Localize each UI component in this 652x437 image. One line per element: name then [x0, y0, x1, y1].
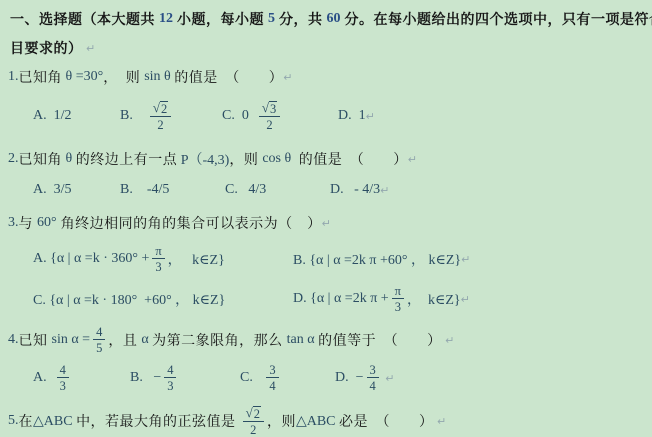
math-fraction: 43 [164, 363, 176, 393]
radicand: 2 [253, 406, 261, 421]
latin-text: θ =30° [62, 69, 103, 85]
question-4-options: A. 43 B. −43 C. 34 D. −34 ↵ [0, 356, 652, 400]
latin-text: △ABC [296, 413, 339, 430]
q1-option-c: C. 0 √32 [222, 93, 283, 139]
latin-text: 4. [8, 332, 19, 348]
number-text: 12 [159, 11, 173, 27]
paragraph-mark: ↵ [442, 334, 455, 347]
chinese-text-bold: 目要求的） [10, 38, 83, 58]
paragraph-mark: ↵ [283, 71, 292, 84]
q1-option-d: D. 1↵ [338, 93, 375, 139]
math-fraction: 34 [367, 363, 379, 393]
question-1-stem: 1.已知角 θ =30°， 则 sin θ 的值是 （ ）↵ [8, 67, 292, 87]
question-3-options-row-2: C. {α | α =k · 180° +60° ， k∈Z} D. {α | … [0, 277, 652, 321]
q2-option-d: D. - 4/3↵ [330, 179, 389, 201]
paragraph-mark: ↵ [434, 415, 447, 428]
latin-text: C. 0 [222, 108, 256, 124]
chinese-text: 的值是 （ ） [295, 149, 408, 169]
q3-option-b: B. {α | α =2k π +60° ， k∈Z}↵ [293, 237, 470, 281]
latin-text: 60° [37, 215, 57, 231]
radicand: 2 [160, 101, 168, 116]
greek-symbol: θ [62, 151, 76, 167]
radicand: 3 [269, 101, 277, 116]
math-fraction: 45 [93, 325, 105, 355]
chinese-text: 中，若最大角的正弦值是 [76, 411, 240, 431]
math-fraction: π3 [152, 244, 164, 274]
latin-text: D. - 4/3 [330, 182, 380, 198]
fraction-numerator: 4 [93, 325, 105, 340]
q1-option-a: A. 1/2 [33, 93, 72, 139]
q1-option-b: B. √22 [120, 93, 174, 139]
latin-text: 5. [8, 413, 19, 429]
chinese-text: 为第二象限角，那么 [152, 330, 287, 350]
paragraph-mark: ↵ [322, 217, 331, 230]
question-3-options-row-1: A. {α | α =k · 360° +π3， k∈Z} B. {α | α … [0, 237, 652, 281]
fraction-denominator: 3 [155, 259, 161, 274]
paragraph-mark: ↵ [461, 253, 470, 266]
chinese-text: 已知 [19, 330, 52, 350]
chinese-text: 必是 [339, 411, 368, 431]
q2-option-c: C. 4/3 [225, 179, 266, 201]
fraction-numerator: 4 [57, 363, 69, 378]
number-text: 5 [268, 11, 275, 27]
latin-text: 3. [8, 215, 19, 231]
fraction-numerator: 4 [164, 363, 176, 378]
latin-text: D. − [335, 370, 364, 386]
latin-text: C. 4/3 [225, 182, 266, 198]
math-fraction: √22 [243, 406, 264, 437]
latin-text: D. 1 [338, 108, 366, 124]
math-fraction: π3 [392, 284, 404, 314]
chinese-text: ，则 [267, 411, 296, 431]
latin-text: △ABC [33, 413, 76, 430]
latin-text: A. [33, 370, 54, 386]
chinese-text: 的值是 （ ） [174, 67, 283, 87]
chinese-text: ，则 [229, 149, 262, 169]
header-line-2: 目要求的） ↵ [10, 39, 95, 57]
latin-text: C. {α | α =k · 180° +60° ， k∈Z} [33, 289, 225, 309]
fraction-denominator: 3 [60, 378, 66, 393]
radical-sign: √ [262, 101, 269, 116]
chinese-text: 的值等于 （ ） [318, 330, 442, 350]
question-4-stem: 4.已知 sin α =45，且 α 为第二象限角，那么 tan α 的值等于 … [8, 321, 454, 359]
q2-option-a: A. 3/5 [33, 179, 72, 201]
chinese-text: 已知角 [19, 67, 63, 87]
radical-sign: √ [246, 406, 253, 421]
radical-sign: √ [153, 101, 160, 116]
math-fraction: 34 [266, 363, 278, 393]
fraction-numerator: √3 [259, 101, 280, 117]
latin-text: tan α [287, 332, 318, 348]
latin-text: ， k∈Z} [168, 249, 225, 269]
fraction-numerator: √2 [150, 101, 171, 117]
question-2-stem: 2.已知角 θ 的终边上有一点 P（-4,3)，则 cos θ 的值是 （ ）↵ [8, 149, 417, 169]
latin-text: ， k∈Z} [407, 289, 461, 309]
chinese-text-bold: 小题，每小题 [173, 9, 268, 29]
question-2-options: A. 3/5 B. -4/5 C. 4/3 D. - 4/3↵ [0, 179, 652, 201]
math-fraction: √32 [259, 101, 280, 132]
header-line-1: 一、选择题（本大题共 12 小题，每小题 5 分，共 60 分。在每小题给出的四… [10, 10, 652, 28]
chinese-text: 已知角 [19, 149, 63, 169]
q4-option-d: D. −34 ↵ [335, 356, 394, 400]
fraction-denominator: 5 [96, 340, 102, 355]
paragraph-mark: ↵ [83, 42, 96, 55]
latin-text: A. {α | α =k · 360° + [33, 251, 149, 267]
chinese-text: 角终边相同的角的集合可以表示为（ ） [57, 213, 322, 233]
latin-text: 1. [8, 69, 19, 85]
q3-option-c: C. {α | α =k · 180° +60° ， k∈Z} [33, 277, 225, 321]
chinese-text: ， 则 [103, 67, 144, 87]
question-3-stem: 3.与 60° 角终边相同的角的集合可以表示为（ ）↵ [8, 213, 331, 233]
paragraph-mark: ↵ [461, 293, 470, 306]
latin-text: B. {α | α =2k π +60° ， k∈Z} [293, 249, 461, 269]
fraction-denominator: 3 [395, 299, 401, 314]
question-1-options: A. 1/2 B. √22 C. 0 √32 D. 1↵ [0, 93, 652, 139]
chinese-text-bold: 一、选择题（本大题共 [10, 9, 159, 29]
fraction-denominator: 2 [266, 117, 272, 132]
greek-symbol: α [141, 332, 152, 348]
chinese-text: 与 [19, 213, 38, 233]
latin-text: B. − [130, 370, 161, 386]
fraction-denominator: 4 [370, 378, 376, 393]
chinese-text: ，且 [108, 330, 141, 350]
latin-text: A. 1/2 [33, 108, 72, 124]
math-fraction: 43 [57, 363, 69, 393]
paragraph-mark: ↵ [366, 110, 375, 123]
math-fraction: √22 [150, 101, 171, 132]
latin-text: 2. [8, 151, 19, 167]
fraction-numerator: π [152, 244, 164, 259]
latin-text: sin α = [52, 332, 91, 348]
latin-text: P（-4,3) [177, 149, 229, 169]
chinese-text-bold: 分。在每小题给出的四个选项中，只有一项是符合题 [341, 9, 652, 29]
fraction-numerator: π [392, 284, 404, 299]
latin-text: D. {α | α =2k π + [293, 291, 389, 307]
chinese-text: 在 [19, 411, 34, 431]
q2-option-b: B. -4/5 [120, 179, 169, 201]
q4-option-a: A. 43 [33, 356, 72, 400]
q3-option-a: A. {α | α =k · 360° +π3， k∈Z} [33, 237, 225, 281]
number-text: 60 [327, 11, 341, 27]
fraction-denominator: 2 [250, 422, 256, 437]
latin-text: B. [120, 108, 147, 124]
fraction-denominator: 3 [167, 378, 173, 393]
fraction-denominator: 2 [157, 117, 163, 132]
paragraph-mark: ↵ [382, 372, 395, 385]
latin-text: cos θ [262, 151, 294, 167]
q4-option-c: C. 34 [240, 356, 282, 400]
fraction-numerator: 3 [266, 363, 278, 378]
chinese-text-bold: 分，共 [275, 9, 327, 29]
fraction-numerator: 3 [367, 363, 379, 378]
latin-text: sin θ [144, 69, 174, 85]
latin-text: C. [240, 370, 263, 386]
latin-text: A. 3/5 [33, 182, 72, 198]
paragraph-mark: ↵ [380, 184, 389, 197]
latin-text: B. -4/5 [120, 182, 169, 198]
q4-option-b: B. −43 [130, 356, 179, 400]
question-5-stem: 5.在△ABC 中，若最大角的正弦值是 √22，则△ABC 必是 （ ） ↵ [8, 402, 446, 437]
q3-option-d: D. {α | α =2k π +π3， k∈Z}↵ [293, 277, 470, 321]
paragraph-mark: ↵ [408, 153, 417, 166]
document-page: 一、选择题（本大题共 12 小题，每小题 5 分，共 60 分。在每小题给出的四… [0, 0, 652, 437]
chinese-text: 的终边上有一点 [76, 149, 178, 169]
fraction-denominator: 4 [269, 378, 275, 393]
fraction-numerator: √2 [243, 406, 264, 422]
chinese-text: （ ） [368, 411, 434, 431]
